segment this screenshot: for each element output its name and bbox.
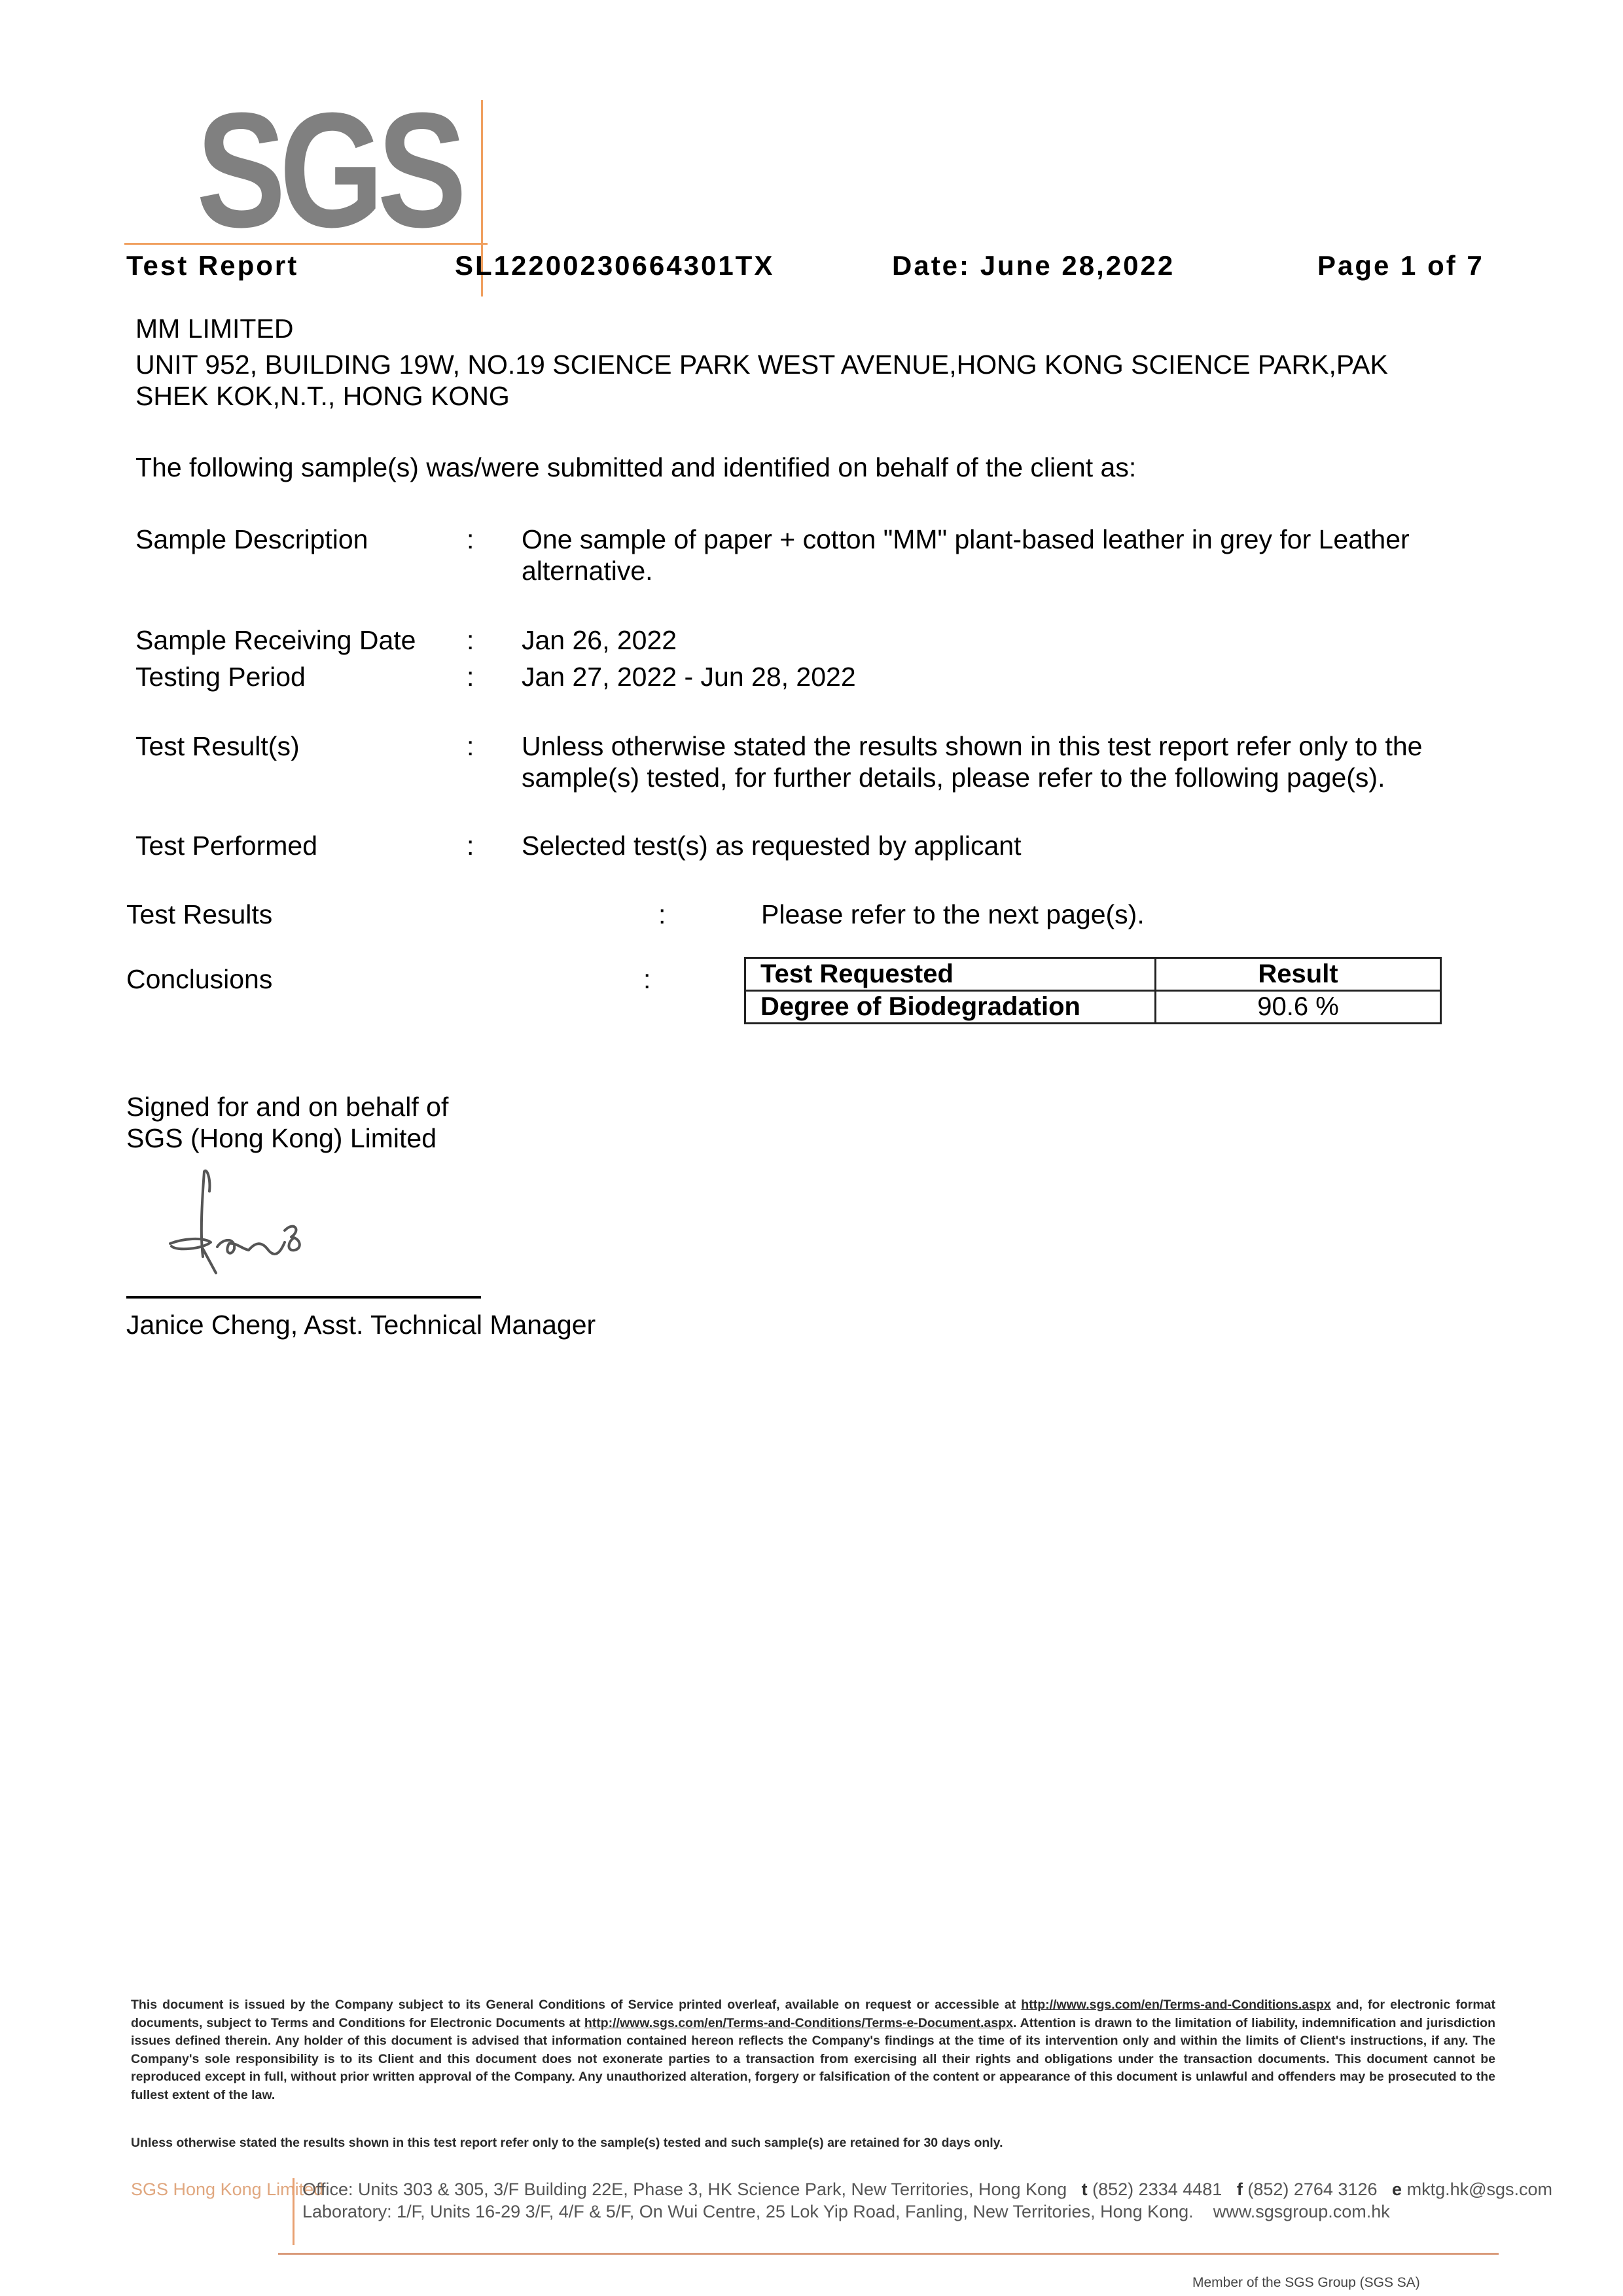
separator-colon: : — [467, 830, 474, 861]
client-address: UNIT 952, BUILDING 19W, NO.19 SCIENCE PA… — [135, 349, 1457, 412]
report-title: Test Report — [126, 250, 298, 281]
conclusions-table: Test Requested Result Degree of Biodegra… — [744, 957, 1442, 1024]
footer-laboratory-line: Laboratory: 1/F, Units 16-29 3/F, 4/F & … — [302, 2200, 1390, 2223]
result-value-cell: 90.6 % — [1156, 991, 1441, 1024]
separator-colon: : — [467, 661, 474, 692]
separator-colon: : — [467, 524, 474, 555]
signature-line — [126, 1296, 481, 1299]
sample-description-value: One sample of paper + cotton "MM" plant-… — [522, 524, 1477, 586]
intro-text: The following sample(s) was/were submitt… — [135, 452, 1136, 483]
logo-horizontal-rule — [124, 243, 488, 245]
email-key: e — [1392, 2179, 1402, 2199]
test-results-label: Test Results — [126, 899, 272, 930]
table-header-row: Test Requested Result — [745, 958, 1441, 991]
fax-key: f — [1237, 2179, 1243, 2199]
test-performed-label: Test Performed — [135, 830, 317, 861]
footer-vertical-rule — [293, 2178, 294, 2245]
website-link[interactable]: www.sgsgroup.com.hk — [1213, 2202, 1390, 2221]
footer-horizontal-rule — [278, 2253, 1499, 2255]
sample-retention-note: Unless otherwise stated the results show… — [131, 2136, 1003, 2151]
column-header-test: Test Requested — [745, 958, 1156, 991]
test-results-value: Please refer to the next page(s). — [761, 899, 1145, 930]
sgs-logo: SGS — [124, 75, 491, 226]
conclusions-label: Conclusions — [126, 963, 272, 995]
test-results-note-label: Test Result(s) — [135, 730, 300, 762]
separator-colon: : — [643, 963, 651, 995]
signing-company: SGS (Hong Kong) Limited — [126, 1122, 437, 1154]
legal-text-part1: This document is issued by the Company s… — [131, 1998, 1021, 2012]
table-row: Degree of Biodegradation 90.6 % — [745, 991, 1441, 1024]
signed-on-behalf-text: Signed for and on behalf of — [126, 1091, 448, 1122]
receiving-date-value: Jan 26, 2022 — [522, 624, 1477, 656]
footer-office-line: Office: Units 303 & 305, 3/F Building 22… — [302, 2178, 1552, 2200]
signer-name: Janice Cheng, Asst. Technical Manager — [126, 1309, 596, 1340]
client-name: MM LIMITED — [135, 313, 293, 344]
testing-period-value: Jan 27, 2022 - Jun 28, 2022 — [522, 661, 1477, 692]
handwritten-signature-icon — [164, 1165, 373, 1289]
column-header-result: Result — [1156, 958, 1441, 991]
laboratory-address: Laboratory: 1/F, Units 16-29 3/F, 4/F & … — [302, 2202, 1194, 2221]
receiving-date-label: Sample Receiving Date — [135, 624, 416, 656]
sample-description-label: Sample Description — [135, 524, 368, 555]
test-performed-value: Selected test(s) as requested by applica… — [522, 830, 1477, 861]
fax-number: (852) 2764 3126 — [1247, 2179, 1377, 2199]
test-name-cell: Degree of Biodegradation — [745, 991, 1156, 1024]
separator-colon: : — [658, 899, 666, 930]
separator-colon: : — [467, 730, 474, 762]
legal-disclaimer: This document is issued by the Company s… — [131, 1996, 1495, 2104]
e-document-terms-link[interactable]: http://www.sgs.com/en/Terms-and-Conditio… — [584, 2016, 1013, 2030]
phone-number: (852) 2334 4481 — [1092, 2179, 1222, 2199]
report-number: SL12200230664301TX — [455, 250, 774, 281]
test-results-note-value: Unless otherwise stated the results show… — [522, 730, 1477, 793]
separator-colon: : — [467, 624, 474, 656]
terms-conditions-link[interactable]: http://www.sgs.com/en/Terms-and-Conditio… — [1021, 1998, 1330, 2012]
report-date: Date: June 28,2022 — [892, 250, 1175, 281]
logo-text: SGS — [196, 108, 460, 232]
page-indicator: Page 1 of 7 — [1317, 250, 1484, 281]
phone-key: t — [1082, 2179, 1088, 2199]
footer-company-name: SGS Hong Kong Limited — [131, 2179, 323, 2200]
office-address: Office: Units 303 & 305, 3/F Building 22… — [302, 2179, 1067, 2199]
group-membership-note: Member of the SGS Group (SGS SA) — [1192, 2275, 1420, 2291]
email-address[interactable]: mktg.hk@sgs.com — [1407, 2179, 1552, 2199]
testing-period-label: Testing Period — [135, 661, 306, 692]
